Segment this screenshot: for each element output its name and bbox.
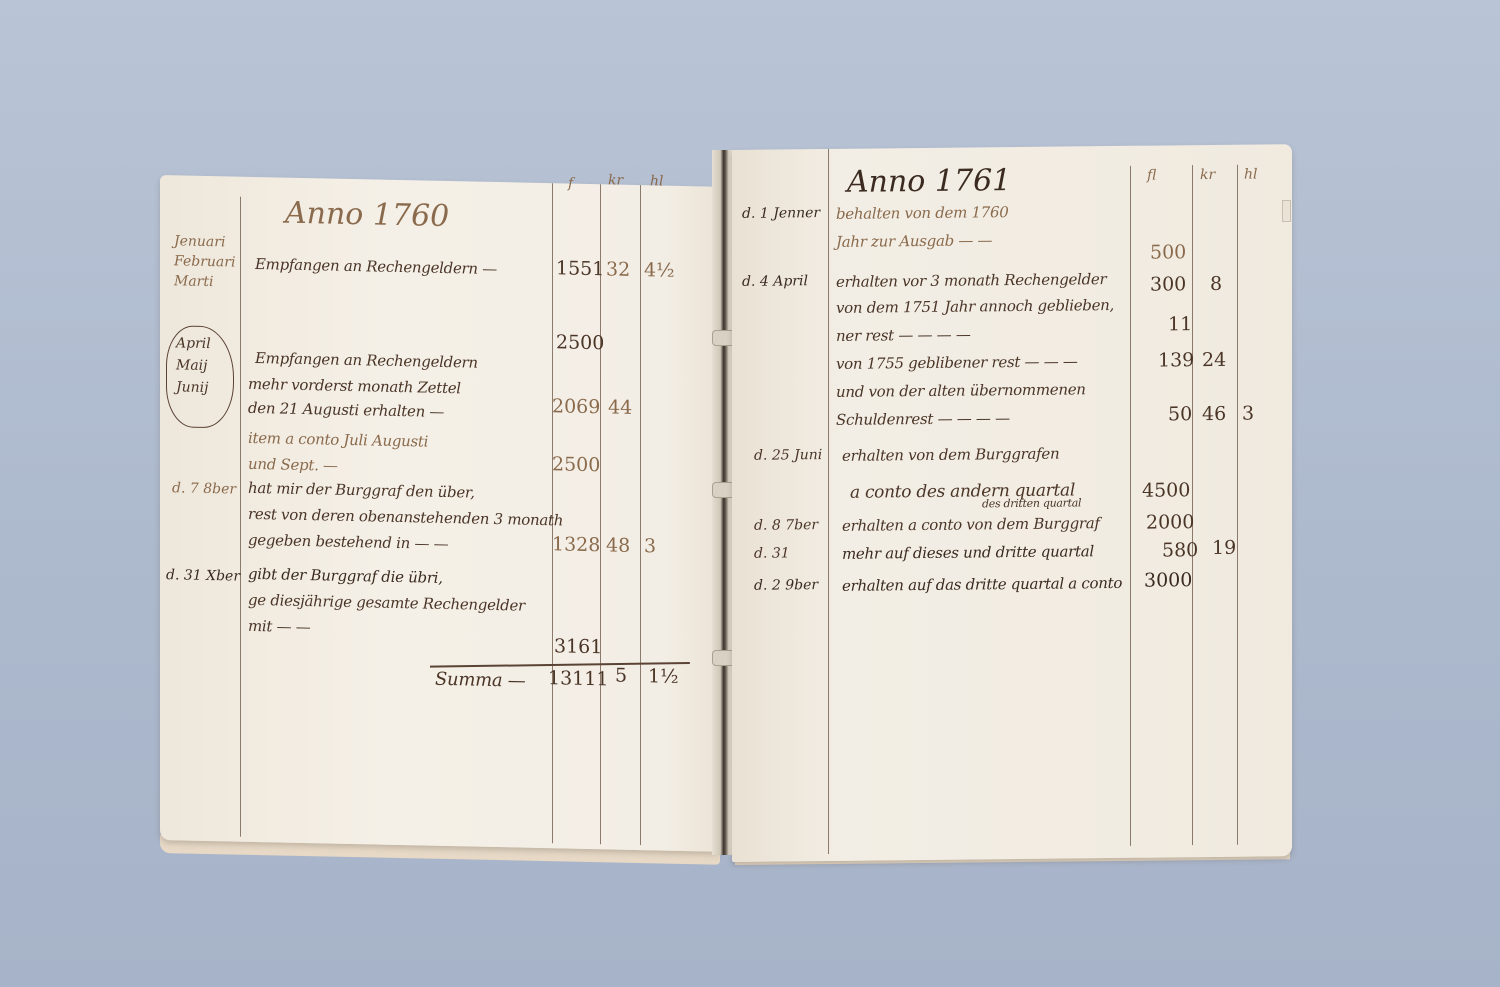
entry-date: d. 8 7ber [754,517,818,534]
entry-f: 2500 [556,331,604,354]
entry-text: und von der alten übernommenen [836,380,1086,401]
entry-kr: 24 [1202,349,1226,371]
entry-kr: 19 [1212,537,1236,559]
entry-text: item a conto Juli Augusti [248,429,428,451]
month-label: Maij [176,357,208,374]
margin-rule [828,149,829,854]
total-hl: 1½ [648,665,679,688]
month-label: April [176,335,211,352]
ledger-photo: Anno 1760 f kr hl Jenuari Februari Marti… [0,0,1500,987]
entry-text: mehr auf dieses und dritte quartal [842,542,1094,563]
column-header-fl: fl [1147,168,1156,184]
entry-text: erhalten a conto von dem Burggraf [842,514,1100,535]
entry-text: ner rest — — — — [836,326,971,345]
entry-text: Empfangen an Rechengeldern [255,349,478,372]
entry-kr: 46 [1202,403,1226,425]
entry-fl: 4500 [1142,479,1190,502]
entry-date: d. 25 Juni [754,447,822,464]
entry-interlinear: des dritten quartal [982,496,1081,510]
entry-fl: 300 [1150,273,1186,295]
entry-date: d. 2 9ber [754,577,818,594]
column-rule-hl [1237,165,1238,845]
total-kr: 5 [615,665,627,687]
entry-hl: 3 [644,535,656,557]
entry-text: Empfangen an Rechengeldern — [255,255,497,278]
entry-kr: 44 [608,396,632,419]
month-label: Februari [174,253,235,270]
entry-text: Schuldenrest — — — — [836,409,1010,429]
column-rule-kr [600,184,601,844]
entry-fl: 3000 [1144,569,1192,592]
left-page: Anno 1760 f kr hl Jenuari Februari Marti… [160,175,720,852]
entry-text: erhalten vor 3 monath Rechengelder [836,270,1106,291]
month-label: Jenuari [174,233,225,250]
entry-fl: 139 [1158,349,1194,371]
entry-text: ge diesjährige gesamte Rechengelder [248,591,525,615]
entry-text: von dem 1751 Jahr annoch geblieben, [836,296,1114,317]
column-header-f: f [568,176,573,192]
column-header-kr: kr [1200,167,1215,183]
column-header-hl: hl [650,173,664,189]
entry-fl: 11 [1168,313,1192,335]
entry-text: gegeben bestehend in — — [248,531,448,553]
month-label: Marti [174,273,213,290]
total-f: 13111 [548,667,608,690]
entry-text: mehr vorderst monath Zettel [248,375,461,397]
entry-text: behalten von dem 1760 [836,203,1009,223]
column-header-kr: kr [608,172,623,188]
entry-f: 1328 [552,533,600,556]
entry-text: erhalten von dem Burggrafen [842,445,1059,465]
entry-text: mit — — [248,617,311,636]
year-heading: Anno 1760 [285,196,449,234]
entry-fl: 2000 [1146,511,1194,534]
entry-kr: 48 [606,534,630,557]
entry-hl: 4½ [644,259,675,282]
entry-text: hat mir der Burggraf den über, [248,479,475,502]
entry-text: Jahr zur Ausgab — — [836,231,992,251]
entry-date: d. 31 [754,545,790,561]
entry-fl: 500 [1150,241,1186,263]
total-label: Summa — [435,669,525,692]
entry-date: d. 31 Xber [166,567,240,585]
entry-date: d. 7 8ber [172,480,236,497]
entry-text: und Sept. — [248,455,338,475]
entry-kr: 32 [606,258,630,281]
entry-f: 2500 [552,453,600,476]
entry-date: d. 1 Jenner [742,205,820,222]
entry-text: von 1755 geblibener rest — — — [836,352,1078,373]
year-heading: Anno 1761 [847,163,1011,200]
column-rule-fl [1130,166,1131,846]
page-tab [1282,200,1291,222]
entry-fl: 580 [1162,539,1198,561]
column-rule-hl [640,185,641,845]
entry-hl: 3 [1242,403,1254,425]
column-rule-kr [1192,165,1193,845]
margin-rule [240,197,241,837]
entry-kr: 8 [1210,273,1222,295]
entry-text: erhalten auf das dritte quartal a conto [842,574,1122,595]
entry-text: gibt der Burggraf die übri, [248,565,443,587]
entry-date: d. 4 April [742,273,808,290]
entry-text: rest von deren obenanstehenden 3 monath [248,505,563,530]
entry-fl: 50 [1168,403,1192,425]
entry-f: 2069 [552,395,600,418]
entry-f: 3161 [554,635,602,658]
month-label: Junij [176,379,208,396]
column-header-hl: hl [1244,166,1258,182]
entry-text: den 21 Augusti erhalten — [248,399,444,421]
right-page: Anno 1761 fl kr hl d. 1 Jenner behalten … [732,144,1292,862]
entry-f: 1551 [556,257,604,280]
